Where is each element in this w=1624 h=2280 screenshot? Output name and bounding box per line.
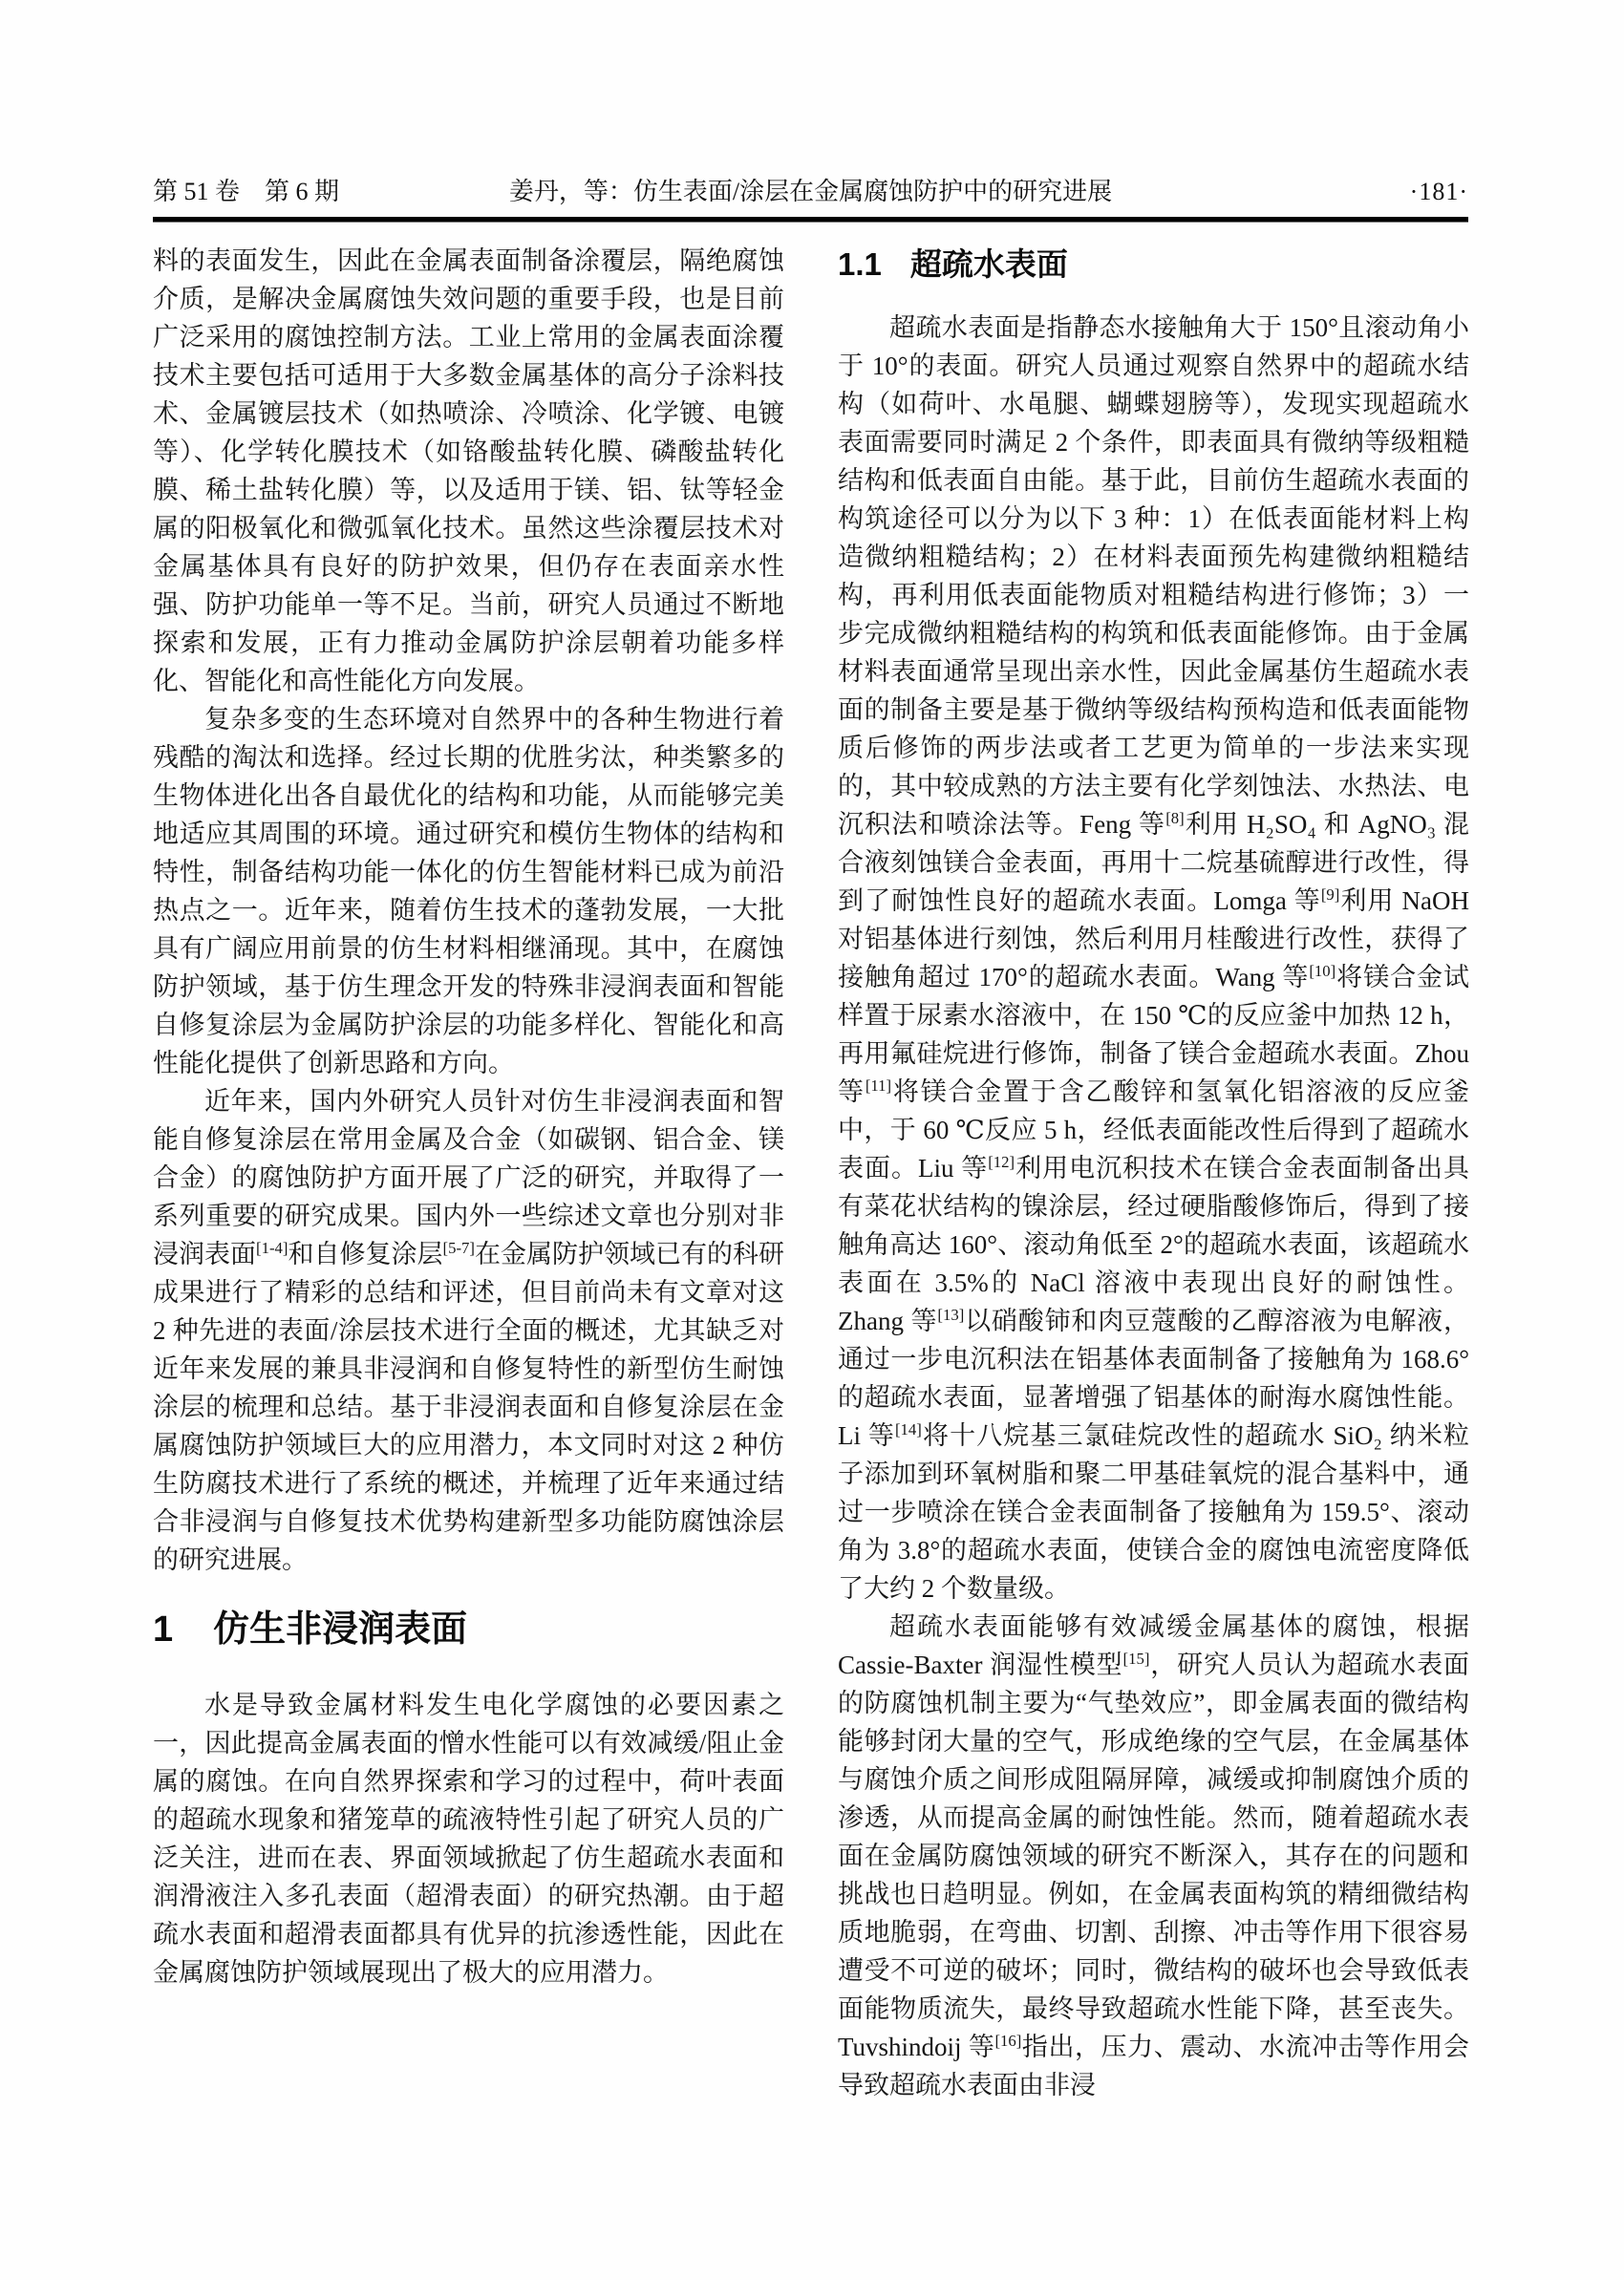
page-header: 第 51 卷 第 6 期 姜丹，等：仿生表面/涂层在金属腐蚀防护中的研究进展 ·… (153, 178, 1468, 206)
paragraph: 超疏水表面能够有效减缓金属基体的腐蚀，根据 Cassie-Baxter 润湿性模… (838, 1608, 1469, 2104)
paragraph: 超疏水表面是指静态水接触角大于 150°且滚动角小于 10°的表面。研究人员通过… (838, 309, 1469, 1608)
section-number: 1 (153, 1606, 173, 1653)
page-number: ·181· (1153, 178, 1468, 206)
volume-issue: 第 51 卷 第 6 期 (153, 178, 468, 206)
header-rule (153, 217, 1468, 223)
paragraph: 近年来，国内外研究人员针对仿生非浸润表面和智能自修复涂层在常用金属及合金（如碳钢… (153, 1082, 784, 1579)
subsection-title: 超疏水表面 (910, 244, 1068, 286)
paragraph: 复杂多变的生态环境对自然界中的各种生物进行着残酷的淘汰和选择。经过长期的优胜劣汰… (153, 700, 784, 1082)
subsection-1-1-paragraphs: 超疏水表面是指静态水接触角大于 150°且滚动角小于 10°的表面。研究人员通过… (838, 309, 1469, 2104)
right-column: 1.1 超疏水表面 超疏水表面是指静态水接触角大于 150°且滚动角小于 10°… (838, 242, 1469, 2104)
section-1-paragraphs: 水是导致金属材料发生电化学腐蚀的必要因素之一，因此提高金属表面的憎水性能可以有效… (153, 1686, 784, 1992)
subsection-number: 1.1 (838, 244, 882, 286)
paragraph: 料的表面发生，因此在金属表面制备涂覆层，隔绝腐蚀介质，是解决金属腐蚀失效问题的重… (153, 242, 784, 700)
left-column: 料的表面发生，因此在金属表面制备涂覆层，隔绝腐蚀介质，是解决金属腐蚀失效问题的重… (153, 242, 784, 1992)
subsection-heading-1-1: 1.1 超疏水表面 (838, 244, 1469, 286)
section-heading-1: 1 仿生非浸润表面 (153, 1606, 784, 1653)
running-title: 姜丹，等：仿生表面/涂层在金属腐蚀防护中的研究进展 (468, 178, 1153, 206)
paper-page: 第 51 卷 第 6 期 姜丹，等：仿生表面/涂层在金属腐蚀防护中的研究进展 ·… (0, 0, 1624, 2280)
paragraph: 水是导致金属材料发生电化学腐蚀的必要因素之一，因此提高金属表面的憎水性能可以有效… (153, 1686, 784, 1992)
intro-paragraphs: 料的表面发生，因此在金属表面制备涂覆层，隔绝腐蚀介质，是解决金属腐蚀失效问题的重… (153, 242, 784, 1579)
section-title: 仿生非浸润表面 (213, 1606, 467, 1653)
